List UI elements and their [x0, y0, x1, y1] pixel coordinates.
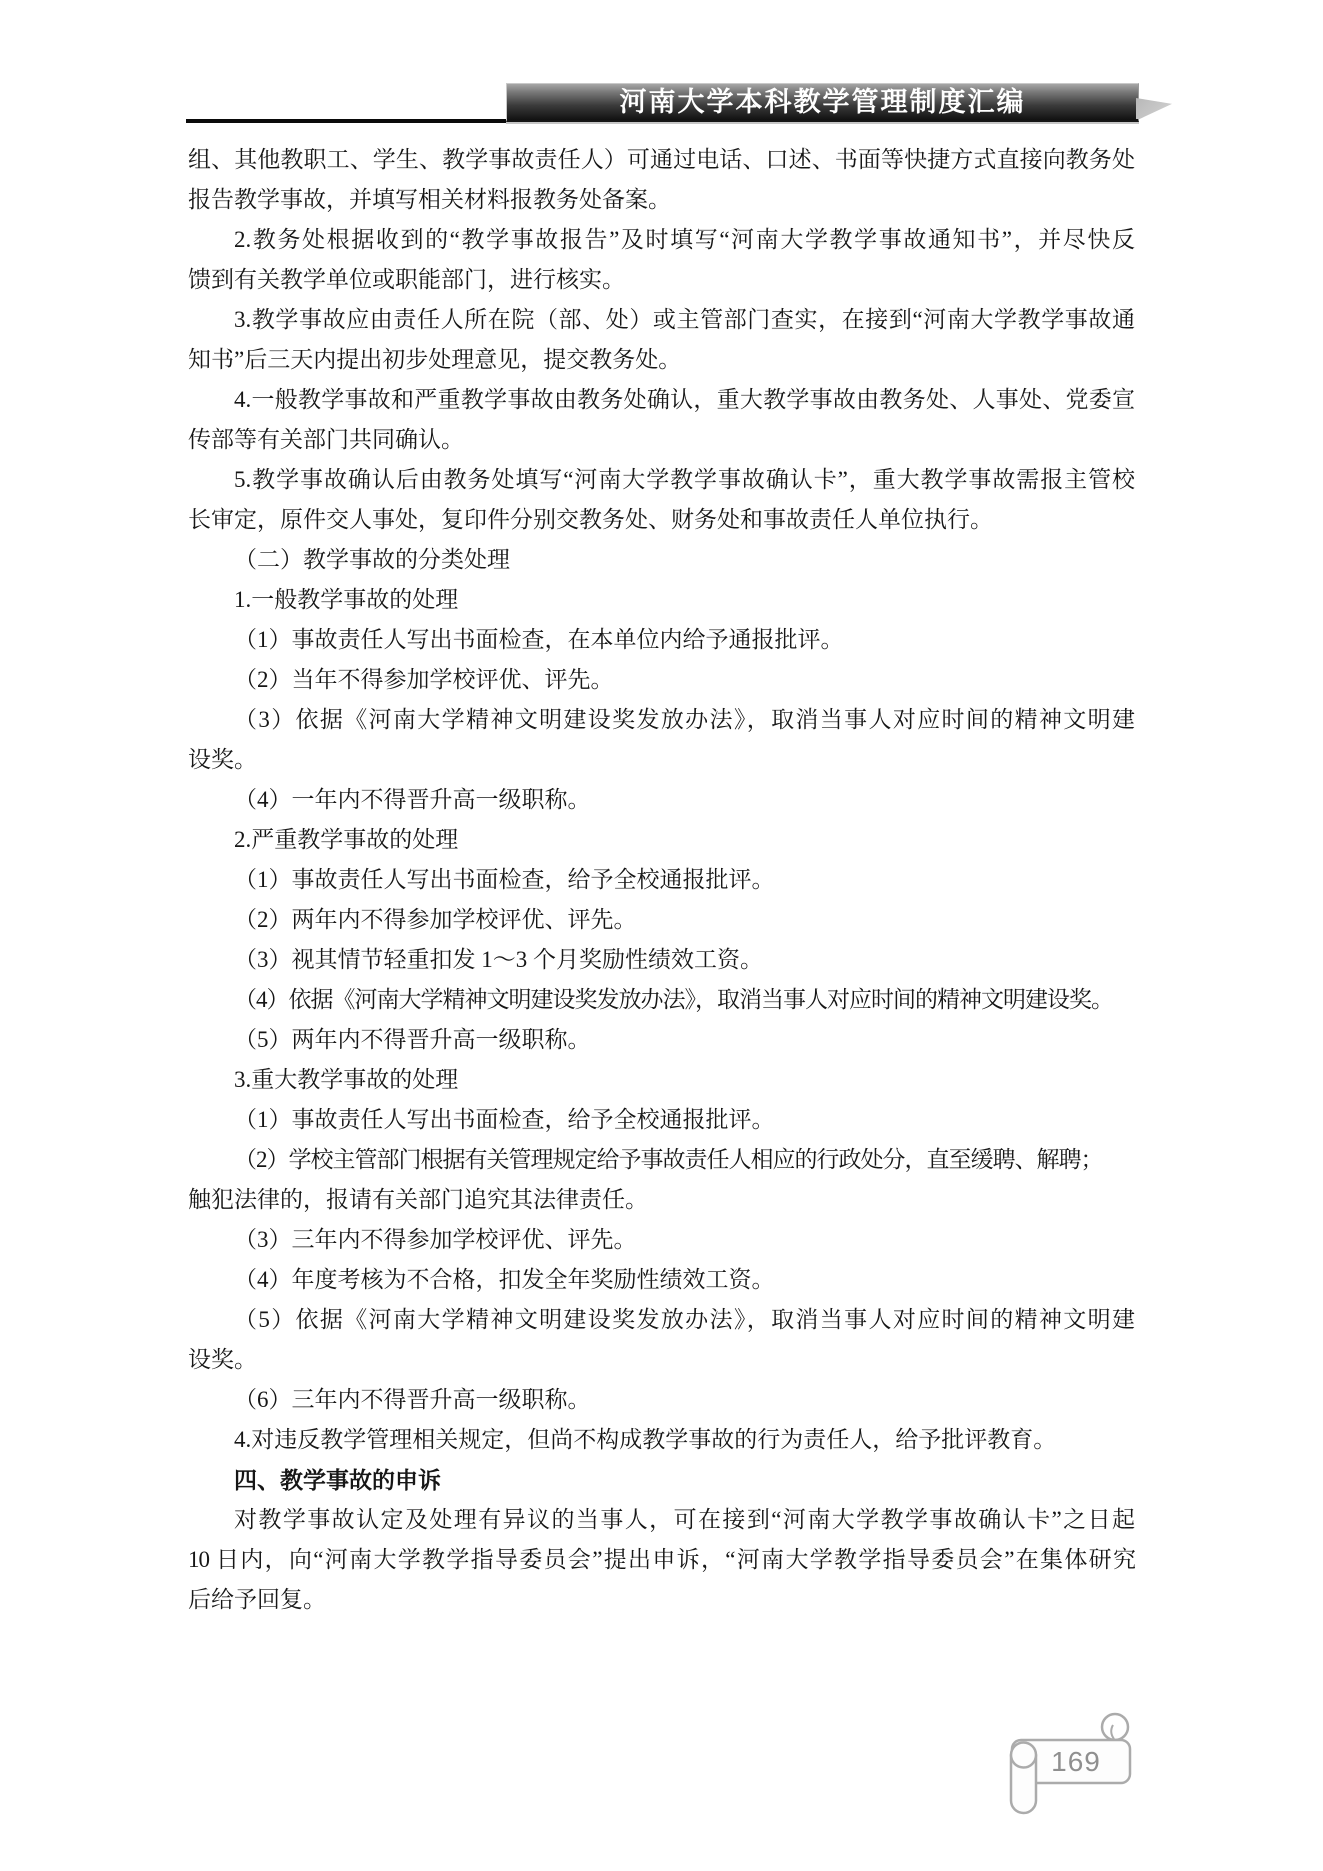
text-line: 5.教学事故确认后由教务处填写“河南大学教学事故确认卡”，重大教学事故需报主管校 — [188, 460, 1135, 500]
page-number: 169 — [1051, 1746, 1101, 1777]
text-line: 传部等有关部门共同确认。 — [188, 420, 1135, 460]
text-line: （2）当年不得参加学校评优、评先。 — [188, 660, 1135, 700]
text-line: 4.一般教学事故和严重教学事故由教务处确认，重大教学事故由教务处、人事处、党委宣 — [188, 380, 1135, 420]
text-line: （4）年度考核为不合格，扣发全年奖励性绩效工资。 — [188, 1260, 1135, 1300]
text-line: 设奖。 — [188, 740, 1135, 780]
text-line: 3.重大教学事故的处理 — [188, 1060, 1135, 1100]
header-title: 河南大学本科教学管理制度汇编 — [620, 84, 1026, 120]
text-line: 后给予回复。 — [188, 1580, 1135, 1620]
text-line: （6）三年内不得晋升高一级职称。 — [188, 1380, 1135, 1420]
text-line: （4）一年内不得晋升高一级职称。 — [188, 780, 1135, 820]
text-line: 馈到有关教学单位或职能部门，进行核实。 — [188, 260, 1135, 300]
text-line: （5）两年内不得晋升高一级职称。 — [188, 1020, 1135, 1060]
text-line: （2）两年内不得参加学校评优、评先。 — [188, 900, 1135, 940]
text-line: （5）依据《河南大学精神文明建设奖发放办法》，取消当事人对应时间的精神文明建 — [188, 1300, 1135, 1340]
text-line: 知书”后三天内提出初步处理意见，提交教务处。 — [188, 340, 1135, 380]
text-line: （3）三年内不得参加学校评优、评先。 — [188, 1220, 1135, 1260]
text-line: 设奖。 — [188, 1340, 1135, 1380]
scroll-icon: 169 — [985, 1688, 1140, 1823]
text-line: 10 日内，向“河南大学教学指导委员会”提出申诉，“河南大学教学指导委员会”在集… — [188, 1540, 1135, 1580]
page-number-scroll: 169 — [985, 1688, 1140, 1823]
text-line: （4）依据《河南大学精神文明建设奖发放办法》，取消当事人对应时间的精神文明建设奖… — [188, 980, 1135, 1020]
text-line: 触犯法律的，报请有关部门追究其法律责任。 — [188, 1180, 1135, 1220]
text-line: 组、其他教职工、学生、教学事故责任人）可通过电话、口述、书面等快捷方式直接向教务… — [188, 140, 1135, 180]
text-line: （3）视其情节轻重扣发 1～3 个月奖励性绩效工资。 — [188, 940, 1135, 980]
text-line: 1.一般教学事故的处理 — [188, 580, 1135, 620]
section-heading: 四、教学事故的申诉 — [188, 1460, 1135, 1500]
text-line: （1）事故责任人写出书面检查，在本单位内给予通报批评。 — [188, 620, 1135, 660]
text-line: 2.严重教学事故的处理 — [188, 820, 1135, 860]
header-rule-left — [186, 119, 506, 123]
header-ribbon-tail-icon — [1136, 98, 1172, 119]
text-line: 对教学事故认定及处理有异议的当事人，可在接到“河南大学教学事故确认卡”之日起 — [188, 1500, 1135, 1540]
text-line: （2）学校主管部门根据有关管理规定给予事故责任人相应的行政处分，直至缓聘、解聘； — [188, 1140, 1135, 1180]
text-line: 3.教学事故应由责任人所在院（部、处）或主管部门查实，在接到“河南大学教学事故通 — [188, 300, 1135, 340]
document-page: 河南大学本科教学管理制度汇编 组、其他教职工、学生、教学事故责任人）可通过电话、… — [0, 0, 1323, 1871]
text-line: 2.教务处根据收到的“教学事故报告”及时填写“河南大学教学事故通知书”，并尽快反 — [188, 220, 1135, 260]
document-body: 组、其他教职工、学生、教学事故责任人）可通过电话、口述、书面等快捷方式直接向教务… — [188, 140, 1135, 1620]
text-line: 4.对违反教学管理相关规定，但尚不构成教学事故的行为责任人，给予批评教育。 — [188, 1420, 1135, 1460]
text-line: （二）教学事故的分类处理 — [188, 540, 1135, 580]
text-line: 长审定，原件交人事处，复印件分别交教务处、财务处和事故责任人单位执行。 — [188, 500, 1135, 540]
text-line: 报告教学事故，并填写相关材料报教务处备案。 — [188, 180, 1135, 220]
text-line: （1）事故责任人写出书面检查，给予全校通报批评。 — [188, 1100, 1135, 1140]
text-line: （1）事故责任人写出书面检查，给予全校通报批评。 — [188, 860, 1135, 900]
text-line: （3）依据《河南大学精神文明建设奖发放办法》，取消当事人对应时间的精神文明建 — [188, 700, 1135, 740]
header-banner: 河南大学本科教学管理制度汇编 — [506, 83, 1139, 122]
header-rule-under — [506, 122, 1139, 124]
